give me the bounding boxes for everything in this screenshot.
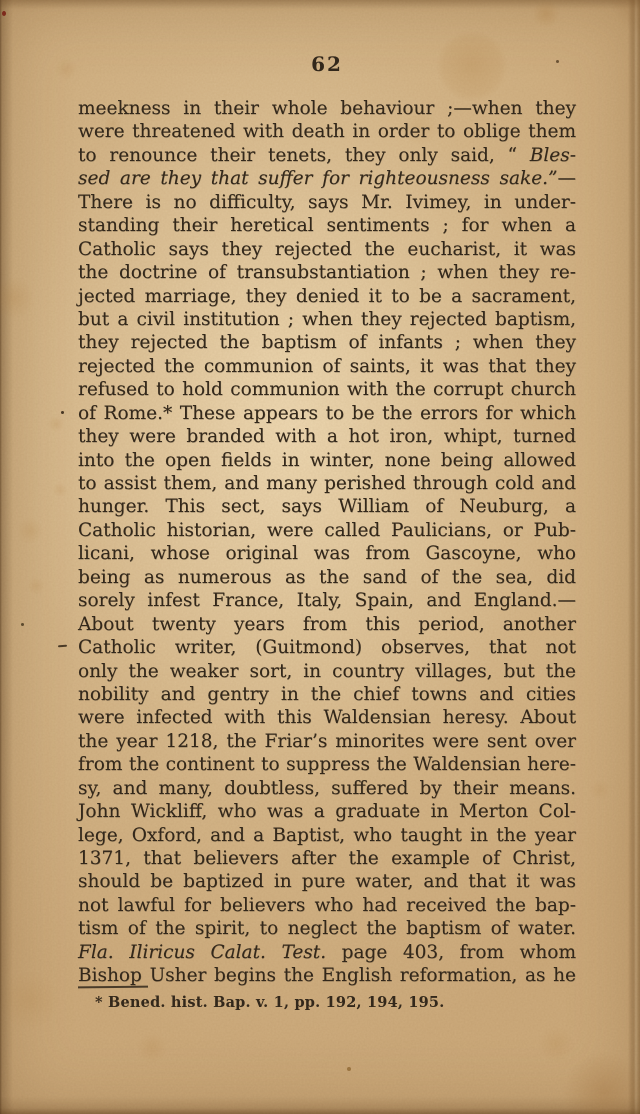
text-line: into the open fields in winter, none bei…: [78, 449, 576, 472]
footnote: * Bened. hist. Bap. v. 1, pp. 192, 194, …: [95, 994, 444, 1012]
text-line: Catholic writer, (Guitmond) observes, th…: [78, 636, 576, 659]
text-line: sorely infest France, Italy, Spain, and …: [78, 589, 576, 612]
text-line: the doctrine of transubstantiation ; whe…: [78, 261, 576, 284]
text-line: Fla. Iliricus Calat. Test. page 403, fro…: [78, 941, 576, 964]
text-line: 1371, that believers after the example o…: [78, 847, 576, 870]
text-line: sy, and many, doubtless, suffered by the…: [78, 777, 576, 800]
text-line: they rejected the baptism of infants ; w…: [78, 331, 576, 354]
text-line: Catholic historian, were called Paulicia…: [78, 519, 576, 542]
text-line: they were branded with a hot iron, whipt…: [78, 425, 576, 448]
text-line: John Wickliff, who was a graduate in Mer…: [78, 800, 576, 823]
text-line: were infected with this Waldensian heres…: [78, 706, 576, 729]
text-line: standing their heretical sentiments ; fo…: [78, 214, 576, 237]
text-line: but a civil institution ; when they reje…: [78, 308, 576, 331]
text-line: to renounce their tenets, they only said…: [78, 144, 576, 167]
ink-speck: [61, 411, 64, 414]
text-line: meekness in their whole behaviour ;—when…: [78, 97, 576, 120]
ink-speck: [556, 60, 559, 63]
text-line: nobility and gentry in the chief towns a…: [78, 683, 576, 706]
text-line: About twenty years from this period, ano…: [78, 613, 576, 636]
text-line: Catholic says they rejected the eucharis…: [78, 238, 576, 261]
text-line: There is no difficulty, says Mr. Ivimey,…: [78, 191, 576, 214]
text-line: to assist them, and many perished throug…: [78, 472, 576, 495]
text-line: rejected the communion of saints, it was…: [78, 355, 576, 378]
text-line: being as numerous as the sand of the sea…: [78, 566, 576, 589]
text-line: sed are they that suffer for righteousne…: [78, 167, 576, 190]
ink-speck: [2, 11, 6, 16]
text-line: were threatened with death in order to o…: [78, 120, 576, 143]
ink-speck: [58, 645, 67, 648]
ink-speck: [21, 623, 24, 626]
text-line: of Rome.* These appears to be the errors…: [78, 402, 576, 425]
page-number: 62: [78, 52, 576, 76]
ink-speck: [347, 1067, 351, 1071]
scanned-book-page: 62 meekness in their whole behaviour ;—w…: [0, 0, 640, 1114]
footnote-rule: [78, 986, 148, 989]
text-line: licani, whose original was from Gascoyne…: [78, 542, 576, 565]
text-line: the year 1218, the Friar’s minorites wer…: [78, 730, 576, 753]
text-line: Bishop Usher begins the English reformat…: [78, 964, 576, 987]
text-line: lege, Oxford, and a Baptist, who taught …: [78, 824, 576, 847]
text-line: jected marriage, they denied it to be a …: [78, 285, 576, 308]
text-line: tism of the spirit, to neglect the bapti…: [78, 917, 576, 940]
text-line: hunger. This sect, says William of Neubu…: [78, 495, 576, 518]
page-text: meekness in their whole behaviour ;—when…: [78, 97, 576, 988]
text-line: refused to hold communion with the corru…: [78, 378, 576, 401]
text-line: not lawful for believers who had receive…: [78, 894, 576, 917]
text-line: only the weaker sort, in country village…: [78, 660, 576, 683]
text-line: should be baptized in pure water, and th…: [78, 870, 576, 893]
text-line: from the continent to suppress the Walde…: [78, 753, 576, 776]
